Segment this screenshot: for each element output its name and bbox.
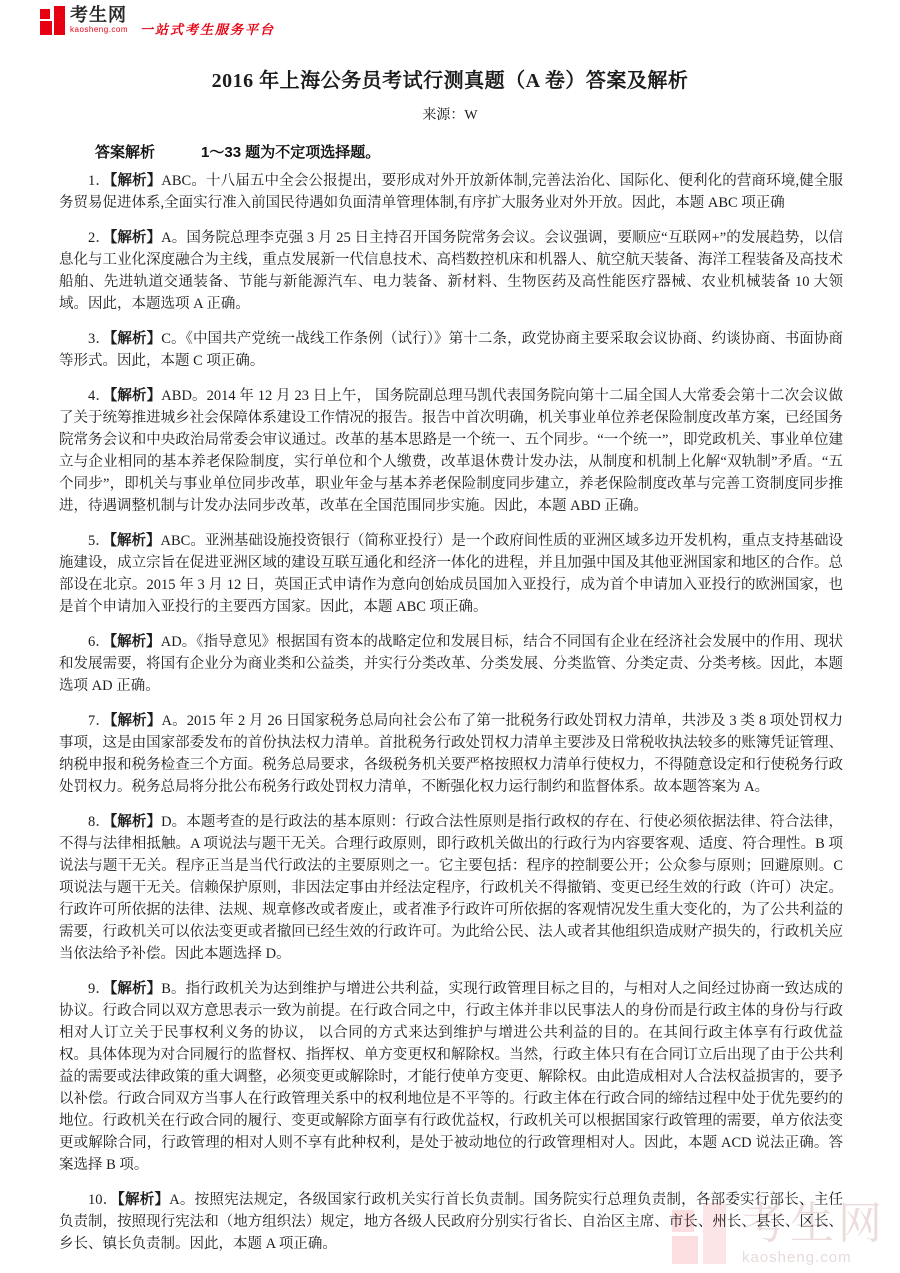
answer-item-9: 9．【解析】B。指行政机关为达到维护与增进公共利益，实现行政管理目标之目的，与相… bbox=[59, 978, 843, 1176]
jiexi-marker: 【解析】 bbox=[110, 634, 161, 650]
item-text: C。《中国共产党统一战线工作条例（试行）》第十二条，政党协商主要采取会议协商、约… bbox=[59, 331, 843, 369]
jiexi-marker: 【解析】 bbox=[110, 981, 161, 997]
answer-item-7: 7．【解析】A。2015 年 2 月 26 日国家税务总局向社会公布了第一批税务… bbox=[59, 710, 843, 798]
item-number: 5． bbox=[88, 533, 110, 549]
jiexi-marker: 【解析】 bbox=[110, 814, 161, 830]
kaosheng-logo-icon bbox=[40, 6, 66, 36]
jiexi-marker: 【解析】 bbox=[117, 1192, 169, 1208]
answer-item-3: 3．【解析】C。《中国共产党统一战线工作条例（试行）》第十二条，政党协商主要采取… bbox=[59, 328, 843, 372]
logo-name: 考生网 bbox=[70, 6, 128, 24]
section-note: 1～33 题为不定项选择题。 bbox=[201, 144, 380, 161]
jiexi-marker: 【解析】 bbox=[110, 388, 161, 404]
item-text: AD。《指导意见》根据国有资本的战略定位和发展目标，结合不同国有企业在经济社会发… bbox=[59, 634, 843, 694]
item-text: A。2015 年 2 月 26 日国家税务总局向社会公布了第一批税务行政处罚权力… bbox=[59, 713, 843, 795]
item-number: 4． bbox=[88, 388, 110, 404]
section-label: 答案解析 bbox=[95, 144, 155, 161]
item-number: 6． bbox=[88, 634, 110, 650]
answer-item-10: 10．【解析】A。按照宪法规定，各级国家行政机关实行首长负责制。国务院实行总理负… bbox=[59, 1189, 843, 1255]
item-text: A。按照宪法规定，各级国家行政机关实行首长负责制。国务院实行总理负责制，各部委实… bbox=[59, 1192, 843, 1252]
logo-domain: kaosheng.com bbox=[70, 26, 128, 34]
site-header: 考生网 kaosheng.com 一站式考生服务平台 bbox=[40, 6, 275, 38]
jiexi-marker: 【解析】 bbox=[110, 713, 161, 729]
brand-tagline: 一站式考生服务平台 bbox=[140, 19, 275, 38]
answer-item-8: 8．【解析】D。本题考查的是行政法的基本原则：行政合法性原则是指行政权的存在、行… bbox=[59, 811, 843, 965]
document-body: 2016 年上海公务员考试行测真题（A 卷）答案及解析 来源：W 答案解析1～3… bbox=[0, 64, 900, 1255]
answer-item-1: 1．【解析】ABC。十八届五中全会公报提出，要形成对外开放新体制,完善法治化、国… bbox=[59, 170, 843, 214]
section-heading: 答案解析1～33 题为不定项选择题。 bbox=[59, 141, 843, 162]
item-number: 9． bbox=[88, 981, 110, 997]
source-line: 来源：W bbox=[0, 104, 900, 124]
item-number: 2． bbox=[88, 230, 110, 246]
answer-item-2: 2．【解析】A。国务院总理李克强 3 月 25 日主持召开国务院常务会议。会议强… bbox=[59, 227, 843, 315]
content-area: 答案解析1～33 题为不定项选择题。 1．【解析】ABC。十八届五中全会公报提出… bbox=[0, 141, 900, 1255]
item-text: B。指行政机关为达到维护与增进公共利益，实现行政管理目标之目的，与相对人之间经过… bbox=[59, 981, 843, 1173]
item-number: 3． bbox=[88, 331, 110, 347]
answer-item-5: 5．【解析】ABC。亚洲基础设施投资银行（简称亚投行）是一个政府间性质的亚洲区域… bbox=[59, 530, 843, 618]
item-text: A。国务院总理李克强 3 月 25 日主持召开国务院常务会议。会议强调，要顺应“… bbox=[59, 230, 843, 312]
item-text: D。本题考查的是行政法的基本原则：行政合法性原则是指行政权的存在、行使必须依据法… bbox=[59, 814, 843, 962]
jiexi-marker: 【解析】 bbox=[110, 331, 161, 347]
jiexi-marker: 【解析】 bbox=[110, 533, 161, 549]
item-number: 10． bbox=[88, 1192, 117, 1208]
item-text: ABD。2014 年 12 月 23 日上午， 国务院副总理马凯代表国务院向第十… bbox=[59, 388, 843, 514]
item-number: 1． bbox=[88, 173, 110, 189]
jiexi-marker: 【解析】 bbox=[110, 230, 161, 246]
item-number: 8． bbox=[88, 814, 110, 830]
answer-item-4: 4．【解析】ABD。2014 年 12 月 23 日上午， 国务院副总理马凯代表… bbox=[59, 385, 843, 517]
jiexi-marker: 【解析】 bbox=[110, 173, 161, 189]
page-title: 2016 年上海公务员考试行测真题（A 卷）答案及解析 bbox=[0, 64, 900, 93]
answer-item-6: 6．【解析】AD。《指导意见》根据国有资本的战略定位和发展目标，结合不同国有企业… bbox=[59, 631, 843, 697]
item-text: ABC。十八届五中全会公报提出，要形成对外开放新体制,完善法治化、国际化、便利化… bbox=[59, 173, 843, 211]
item-text: ABC。亚洲基础设施投资银行（简称亚投行）是一个政府间性质的亚洲区域多边开发机构… bbox=[59, 533, 843, 615]
kaosheng-logo: 考生网 kaosheng.com bbox=[40, 6, 128, 36]
item-number: 7． bbox=[88, 713, 110, 729]
